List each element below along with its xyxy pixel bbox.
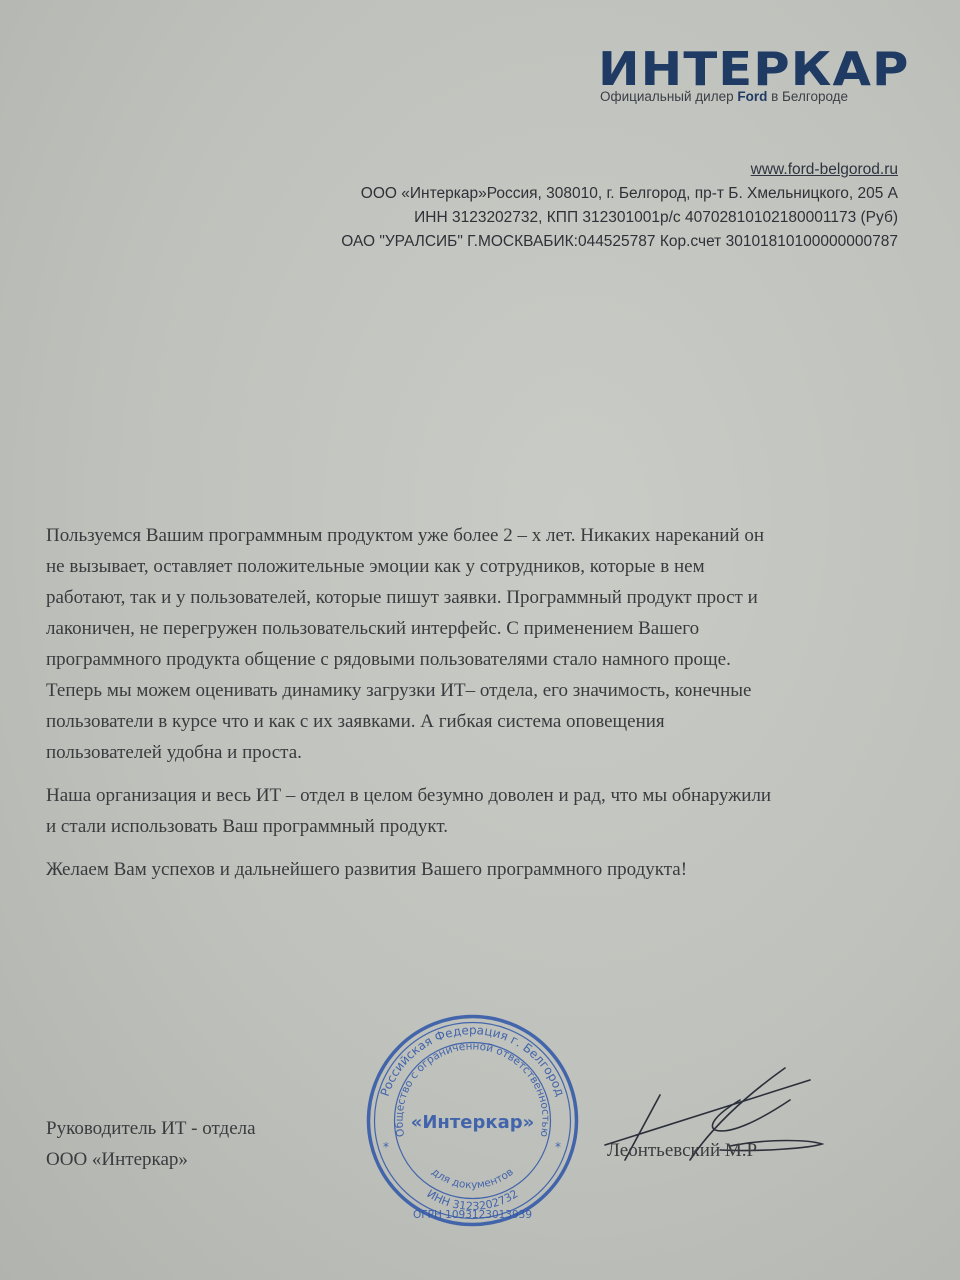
letter-page: ИНТЕРКАР Официальный дилер Ford в Белгор… [0,0,960,1280]
text-line: пользователей удобна и проста. [46,737,936,768]
paragraph-satisfaction: Наша организация и весь ИТ – отдел в цел… [46,780,936,842]
signatory-title: Руководитель ИТ - отдела ООО «Интеркар» [46,1113,256,1175]
text-line: Наша организация и весь ИТ – отдел в цел… [46,780,936,811]
logo-tagline: Официальный дилер Ford в Белгороде [600,89,848,104]
letter-body: Пользуемся Вашим программным продуктом у… [46,520,936,897]
text-line: пользователи в курсе что и как с их заяв… [46,706,936,737]
tagline-prefix: Официальный дилер [600,89,737,104]
text-line: Желаем Вам успехов и дальнейшего развити… [46,854,936,885]
paragraph-feedback: Пользуемся Вашим программным продуктом у… [46,520,936,768]
paragraph-wishes: Желаем Вам успехов и дальнейшего развити… [46,854,936,885]
stamp-star-right: * [555,1140,561,1154]
company-requisites: ИНН 3123202732, КПП 312301001р/с 4070281… [341,206,898,230]
text-line: Теперь мы можем оценивать динамику загру… [46,675,936,706]
company-contacts: www.ford-belgorod.ru ООО «Интеркар»Росси… [341,158,898,254]
text-line: лаконичен, не перегружен пользовательски… [46,613,936,644]
stamp-purpose: для документов [429,1166,516,1191]
stamp-center-text: «Интеркар» [411,1112,535,1133]
company-address: ООО «Интеркар»Россия, 308010, г. Белгоро… [341,182,898,206]
svg-text:для документов: для документов [429,1166,516,1191]
text-line: работают, так и у пользователей, которые… [46,582,936,613]
text-line: программного продукта общение с рядовыми… [46,644,936,675]
signatory-company: ООО «Интеркар» [46,1144,256,1175]
bank-details: ОАО "УРАЛСИБ" Г.МОСКВАБИК:044525787 Кор.… [341,230,898,254]
signatory-position: Руководитель ИТ - отдела [46,1113,256,1144]
company-logo: ИНТЕРКАР [598,46,922,92]
text-line: не вызывает, оставляет положительные эмо… [46,551,936,582]
stamp-ogrn: ОГРН 1093123013939 [413,1209,532,1221]
text-line: и стали использовать Ваш программный про… [46,811,936,842]
stamp-star-left: * [383,1140,389,1154]
signatory-name: Леонтьевский М.Р [607,1140,757,1162]
website-link[interactable]: www.ford-belgorod.ru [751,161,898,178]
company-stamp: Российская Федерация г. Белгород Обществ… [365,1013,580,1228]
tagline-brand: Ford [737,89,767,104]
text-line: Пользуемся Вашим программным продуктом у… [46,520,936,551]
tagline-suffix: в Белгороде [767,89,848,104]
